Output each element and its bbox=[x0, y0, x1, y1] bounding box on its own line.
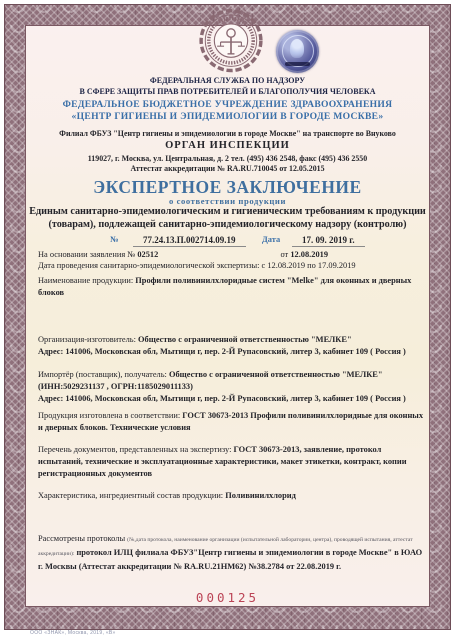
hologram-number-band bbox=[285, 62, 310, 66]
documents-line: Перечень документов, представленных на э… bbox=[38, 444, 424, 479]
org-address: 119027, г. Москва, ул. Центральная, д. 2… bbox=[0, 154, 455, 163]
certificate-date: 17. 09. 2019 г. bbox=[292, 235, 365, 247]
application-from-label: от bbox=[280, 250, 288, 259]
importer-address-line: Адрес: 141006, Московская обл, Мытищи г,… bbox=[38, 393, 424, 405]
hologram-figure bbox=[290, 39, 304, 58]
product-label: Наименование продукции: bbox=[38, 276, 133, 285]
importer-line: Импортёр (поставщик), получатель: Общест… bbox=[38, 369, 424, 393]
protocols-label: Рассмотрены протоколы bbox=[38, 534, 125, 543]
importer-address-label: Адрес: bbox=[38, 394, 63, 403]
product-line: Наименование продукции: Профили поливини… bbox=[38, 275, 424, 299]
documents-label: Перечень документов, представленных на э… bbox=[38, 445, 231, 454]
standard-label: Продукция изготовлена в соответствии: bbox=[38, 411, 180, 420]
inspection-body-name: ОРГАН ИНСПЕКЦИИ bbox=[0, 140, 455, 151]
manufacturer-address-line: Адрес: 141006, Московская обл, Мытищи г,… bbox=[38, 346, 424, 358]
org-accreditation: Аттестат аккредитации № RA.RU.710045 от … bbox=[0, 164, 455, 173]
hologram-seal-icon bbox=[276, 30, 319, 73]
document-title: ЭКСПЕРТНОЕ ЗАКЛЮЧЕНИЕ bbox=[0, 177, 455, 198]
agency-name-line2: В СФЕРЕ ЗАЩИТЫ ПРАВ ПОТРЕБИТЕЛЕЙ И БЛАГО… bbox=[0, 87, 455, 96]
composition-value: Поливинилхлорид bbox=[225, 491, 296, 500]
requirements-line1: Единым санитарно-эпидемиологическим и ги… bbox=[0, 206, 455, 217]
requirements-line2: (товарам), подлежащей санитарно-эпидемио… bbox=[0, 219, 455, 230]
manufacturer-label: Организация-изготовитель: bbox=[38, 335, 136, 344]
composition-label: Характеристика, ингредиентный состав про… bbox=[38, 491, 223, 500]
composition-line: Характеристика, ингредиентный состав про… bbox=[38, 490, 424, 502]
importer-address-value: 141006, Московская обл, Мытищи г, пер. 2… bbox=[65, 394, 405, 403]
protocols-line: Рассмотрены протоколы (№,дата протокола,… bbox=[38, 533, 424, 572]
printer-note: ООО «ЗНАК», Москва, 2019, «В» bbox=[30, 630, 116, 636]
protocols-value: протокол ИЛЦ филиала ФБУЗ"Центр гигиены … bbox=[38, 548, 422, 571]
manufacturer-value: Общество с ограниченной ответственностью… bbox=[138, 335, 352, 344]
standard-line: Продукция изготовлена в соответствии: ГО… bbox=[38, 410, 424, 434]
date-label: Дата bbox=[262, 235, 280, 244]
manufacturer-address-value: 141006, Московская обл, Мытищи г, пер. 2… bbox=[65, 347, 405, 356]
number-date-row: № 77.24.13.П.002714.09.19 Дата 17. 09. 2… bbox=[0, 235, 455, 249]
certificate-page: ФЕДЕРАЛЬНАЯ СЛУЖБА ПО НАДЗОРУ В СФЕРЕ ЗА… bbox=[0, 0, 455, 643]
document-subtitle: о соответствии продукции bbox=[0, 196, 455, 206]
number-label: № bbox=[110, 235, 118, 244]
importer-label: Импортёр (поставщик), получатель: bbox=[38, 370, 167, 379]
application-from-date: 12.08.2019 bbox=[290, 250, 328, 259]
agency-name-line1: ФЕДЕРАЛЬНАЯ СЛУЖБА ПО НАДЗОРУ bbox=[0, 76, 455, 85]
serial-number: 000125 bbox=[0, 590, 455, 605]
org-name-line1: ФЕДЕРАЛЬНОЕ БЮДЖЕТНОЕ УЧРЕЖДЕНИЕ ЗДРАВОО… bbox=[0, 99, 455, 110]
certificate-number: 77.24.13.П.002714.09.19 bbox=[133, 235, 246, 247]
application-label: На основании заявления № bbox=[38, 250, 135, 259]
certificate-content: ФЕДЕРАЛЬНАЯ СЛУЖБА ПО НАДЗОРУ В СФЕРЕ ЗА… bbox=[0, 0, 455, 643]
application-number: 02512 bbox=[137, 250, 158, 259]
manufacturer-line: Организация-изготовитель: Общество с огр… bbox=[38, 334, 424, 346]
org-name-line2: «ЦЕНТР ГИГИЕНЫ И ЭПИДЕМИОЛОГИИ В ГОРОДЕ … bbox=[0, 111, 455, 122]
branch-name: Филиал ФБУЗ "Центр гигиены и эпидемиолог… bbox=[0, 129, 455, 138]
manufacturer-address-label: Адрес: bbox=[38, 347, 63, 356]
rosette-emblem-icon bbox=[196, 8, 266, 74]
exam-period-line: Дата проведения санитарно-эпидемиологиче… bbox=[38, 260, 424, 272]
